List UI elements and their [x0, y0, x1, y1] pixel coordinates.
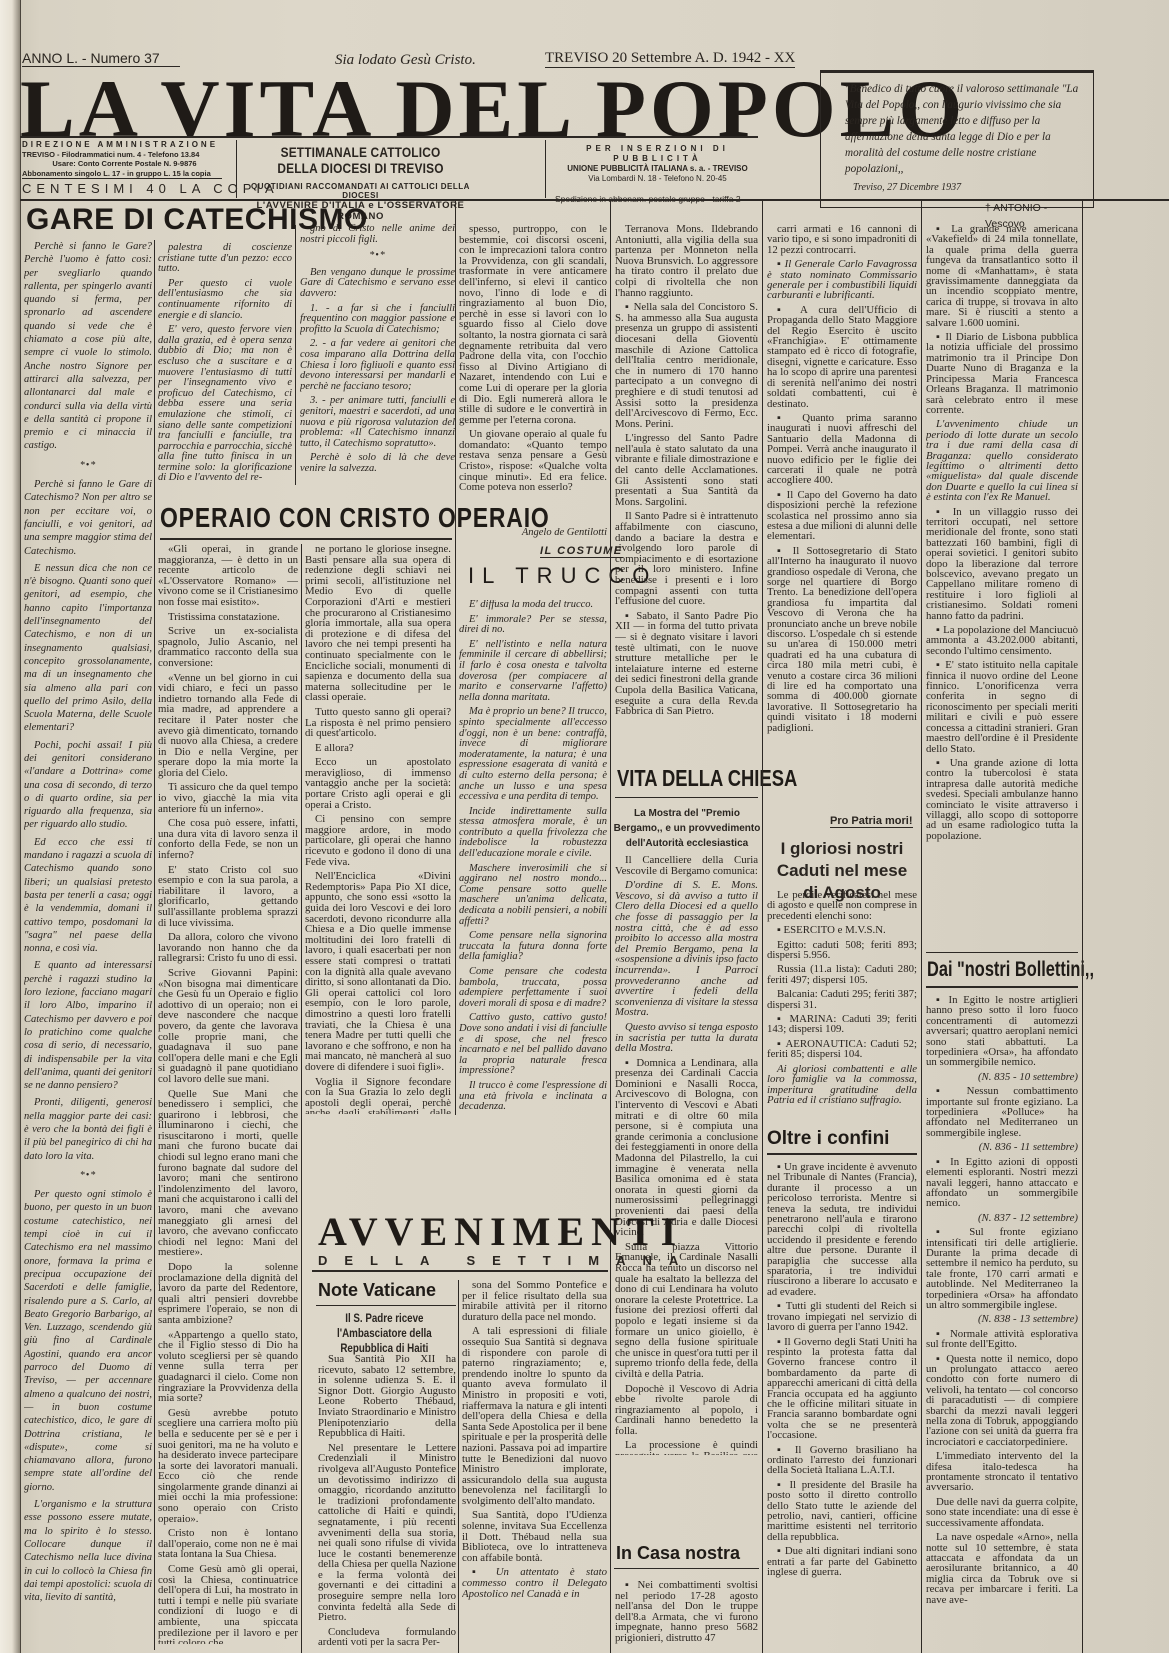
vita-chiesa-subhead: La Mostra del "Premio Bergamo,, e un pro…	[612, 806, 762, 851]
column-rule	[921, 200, 922, 1653]
note-vaticane-subhead: Il S. Padre riceve l'Ambasciatore della …	[310, 1312, 459, 1357]
bollettini-column: In Egitto le nostre artiglieri hanno pre…	[926, 995, 1078, 1653]
headline-vita-chiesa: VITA DELLA CHIESA	[617, 765, 797, 792]
ads-info: PER INSERZIONI DI PUBBLICITÀ UNIONE PUBB…	[555, 144, 760, 204]
headline-bollettini: Dai "nostri Bollettini,,	[927, 958, 1094, 982]
operaio-column-3: spesso, purtroppo, con le bestemmie, coi…	[459, 224, 607, 524]
headline-avvenimenti: AVVENIMENTI	[318, 1208, 683, 1255]
casa-nostra-column: Nei combattimenti svoltisi nel periodo 1…	[615, 1580, 758, 1653]
headline-rule	[160, 538, 452, 540]
caduti-kicker: Pro Patria mori!	[830, 815, 913, 828]
weekly-name: SETTIMANALE CATTOLICO DELLA DIOCESI DI T…	[265, 144, 456, 176]
column-rule	[154, 240, 155, 1650]
page-fold	[0, 0, 21, 1653]
headline-rule	[615, 797, 758, 798]
newspaper-page: ANNO L. - Numero 37 Sia lodato Gesù Cris…	[0, 0, 1169, 1653]
masthead-divider	[545, 140, 546, 198]
foreign-news-column: La grande nave americana «Vakefield» di …	[926, 224, 1078, 944]
headline-rule	[926, 952, 1078, 953]
masthead-divider	[236, 140, 237, 198]
operaio-author: Angelo de Gentilotti	[459, 527, 607, 538]
note-vaticane-column-2: sona del Sommo Pontefice e per il felice…	[462, 1280, 607, 1653]
masthead-bottom-rule	[20, 199, 1169, 201]
bishop-quote: "Benedico di tutto cuore il valoroso set…	[845, 81, 1085, 177]
headline-rule	[312, 1270, 608, 1272]
operaio-column-2: ne portano le gloriose insegne. Basti pe…	[305, 544, 451, 1114]
column-rule	[458, 1280, 459, 1653]
caduti-column: Le perdite verificatesi nel mese di agos…	[767, 890, 917, 1120]
column-rule	[610, 200, 611, 1653]
admin-subscription: Abbonamento singolo L. 17 - in gruppo L.…	[22, 169, 227, 179]
column-rule	[1082, 200, 1083, 1653]
column-rule	[762, 200, 763, 1653]
trucco-column: E' diffusa la moda del trucco. E' immora…	[459, 600, 607, 1112]
oltre-column: Un grave incidente è avvenuto nel Tribun…	[767, 1162, 917, 1652]
gare-column-1: Perchè si fanno le Gare? Perchè l'uomo è…	[24, 240, 152, 1640]
church-news-column: Terranova Mons. Ildebrando Antoniutti, a…	[615, 224, 758, 764]
admin-address: TREVISO - Filodrammatici num. 4 - Telefo…	[22, 150, 227, 160]
vita-chiesa-column: Il Cancelliere della Curia Vescovile di …	[615, 855, 758, 1455]
column-rule	[295, 225, 296, 485]
note-vaticane-column-1: Sua Santità Pio XII ha ricevuto, sabato …	[318, 1354, 456, 1653]
admin-info: DIREZIONE AMMINISTRAZIONE TREVISO - Filo…	[22, 140, 227, 178]
admin-rule	[22, 178, 222, 179]
admin-account: Usare: Conto Corrente Postale N. 9-9876	[22, 159, 227, 169]
headline-rule	[926, 986, 1078, 988]
gare-column-3: gno di Cristo nelle anime dei nostri pic…	[300, 224, 455, 489]
column-rule	[301, 544, 302, 1653]
gare-column-2: palestra di coscienze cristiane tutte d'…	[158, 243, 292, 483]
weekly-recommended: QUOTIDIANI RACCOMANDATI AI CATTOLICI DEL…	[248, 182, 473, 200]
column-rule	[455, 200, 456, 1115]
headline-casa-nostra: In Casa nostra	[616, 1543, 740, 1564]
ads-address: Via Lombardi N. 18 - Telefono N. 20-45	[555, 174, 760, 184]
ads-agency: UNIONE PUBBLICITÀ ITALIANA s. a. - TREVI…	[555, 164, 760, 174]
headline-rule	[767, 1153, 917, 1155]
operaio-column-1: «Gli operai, in grande maggioranza, — è …	[158, 544, 298, 1644]
headline-rule	[316, 1305, 456, 1306]
avvenimenti-subhead: DELLA SETTIMANA	[318, 1253, 695, 1268]
headline-rule	[614, 1568, 759, 1569]
bishop-quote-box: "Benedico di tutto cuore il valoroso set…	[820, 70, 1094, 208]
masthead-rule	[20, 136, 758, 138]
admin-header: DIREZIONE AMMINISTRAZIONE	[22, 140, 227, 150]
quote-place-date: Treviso, 27 Dicembre 1937	[845, 180, 1085, 196]
headline-oltre: Oltre i confini	[767, 1128, 889, 1150]
ads-header: PER INSERZIONI DI PUBBLICITÀ	[555, 144, 760, 164]
brief-news-column: carri armati e 16 cannoni di vario tipo,…	[767, 224, 917, 764]
price: CENTESIMI 40 LA COPIA	[22, 181, 279, 196]
headline-note-vaticane: Note Vaticane	[318, 1280, 436, 1301]
